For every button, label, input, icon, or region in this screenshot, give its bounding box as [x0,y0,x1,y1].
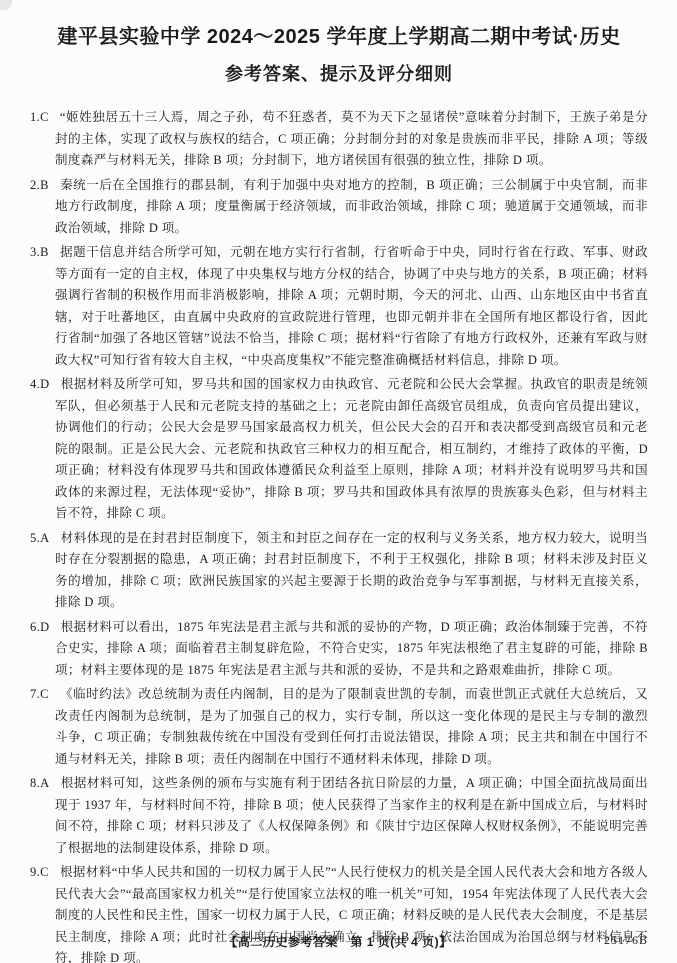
exam-answer-sheet-page: 建平县实验中学 2024～2025 学年度上学期高二期中考试·历史 参考答案、提… [0,0,677,963]
answer-explanation: 材料体现的是在封君封臣制度下，领主和封臣之间存在一定的权利与义务关系，地方权力较… [55,531,648,610]
answer-number: 8.A [30,776,50,790]
answer-item-6: 6.D根据材料可以看出，1875 年宪法是君主派与共和派的妥协的产物，D 项正确… [30,617,648,682]
page-title: 建平县实验中学 2024～2025 学年度上学期高二期中考试·历史 [30,20,648,49]
answer-number: 1.C [30,110,49,124]
footer-page-label: 【高二历史参考答案 第 1 页(共 4 页)】 [0,933,677,950]
answer-explanation: 根据材料及所学可知，罗马共和国的国家权力由执政官、元老院和公民大会掌握。执政官的… [55,377,648,520]
answer-item-5: 5.A材料体现的是在封君封臣制度下，领主和封臣之间存在一定的权利与义务关系，地方… [30,528,648,614]
answer-number: 9.C [30,865,49,879]
answer-number: 3.B [30,245,49,259]
answer-item-2: 2.B秦统一后在全国推行的郡县制，有利于加强中央对地方的控制，B 项正确；三公制… [30,175,648,240]
answer-number: 5.A [30,531,50,545]
answer-explanation: 秦统一后在全国推行的郡县制，有利于加强中央对地方的控制，B 项正确；三公制属于中… [55,178,648,235]
answer-number: 7.C [30,687,49,701]
answer-item-3: 3.B据题干信息并结合所学可知，元朝在地方实行行省制，行省听命于中央，同时行省在… [30,242,648,371]
answer-explanation: 根据材料可以看出，1875 年宪法是君主派与共和派的妥协的产物，D 项正确；政治… [55,620,648,677]
answer-item-1: 1.C“姬姓独居五十三人焉，周之子孙，苟不狂惑者，莫不为天下之显诸侯”意味着分封… [30,107,648,172]
answer-number: 2.B [30,178,49,192]
answer-explanation: 根据材料可知，这些条例的颁布与实施有利于团结各抗日阶层的力量，A 项正确；中国全… [55,776,648,855]
answer-item-7: 7.C《临时约法》改总统制为责任内阁制，目的是为了限制袁世凯的专制，而袁世凯正式… [30,684,648,770]
answer-number: 6.D [30,620,50,634]
answer-explanation: 据题干信息并结合所学可知，元朝在地方实行行省制，行省听命于中央，同时行省在行政、… [55,245,648,367]
answer-number: 4.D [30,377,50,391]
page-subtitle: 参考答案、提示及评分细则 [30,60,648,86]
answer-explanation: 《临时约法》改总统制为责任内阁制，目的是为了限制袁世凯的专制，而袁世凯正式就任大… [55,687,648,766]
answer-explanation: “姬姓独居五十三人焉，周之子孙，苟不狂惑者，莫不为天下之显诸侯”意味着分封制下，… [55,110,648,167]
answer-item-8: 8.A根据材料可知，这些条例的颁布与实施有利于团结各抗日阶层的力量，A 项正确；… [30,773,648,859]
page-footer: 【高二历史参考答案 第 1 页(共 4 页)】 25176B [0,933,677,951]
answers-list: 1.C“姬姓独居五十三人焉，周之子孙，苟不狂惑者，莫不为天下之显诸侯”意味着分封… [30,107,648,963]
answer-item-4: 4.D根据材料及所学可知，罗马共和国的国家权力由执政官、元老院和公民大会掌握。执… [30,374,648,525]
document-code: 25176B [604,933,648,948]
